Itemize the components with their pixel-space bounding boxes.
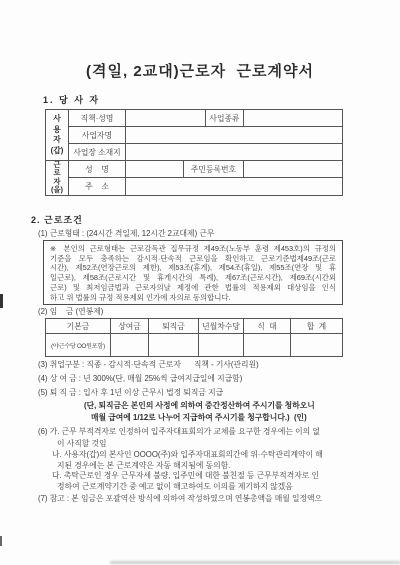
wage-base-note: (야근수당 OO원포함) (46, 334, 111, 357)
notice-box: ※ 본인의 근로형태는 근로감독관 집무규정 제49조(노동부 훈령 제453호… (43, 240, 343, 305)
notice-line: 하고 위 법률의 규정 적용제외 인가에 자의로 동의합니다. (50, 293, 336, 303)
wage-value-cell (199, 334, 244, 357)
table-row: 근 로 자 (을) 성 명 주민등록번호 (46, 161, 343, 178)
wage-header-meal: 식 대 (244, 319, 291, 334)
value-cell-resident-number (244, 161, 343, 178)
table-row: 사 용 자 (갑) 직책·성명 사업종류 (46, 110, 343, 127)
document-title: (격일, 2교대)근로자 근로계약서 (0, 60, 400, 81)
condition-item-6-da: 다. 촉탁근로인 경우 근무자세 불량, 입주민에 대한 불친절 등 근무부적격… (52, 470, 319, 481)
notice-line: ※ 본인의 근로형태는 근로감독관 집무규정 제49조(노동부 훈령 제453호… (50, 244, 336, 254)
wage-table-header-row: 기본금 상여금 퇴직금 년월차수당 식 대 합 계 (46, 319, 343, 334)
parties-table: 사 용 자 (갑) 직책·성명 사업종류 사업자명 사업장 소재지 근 로 자 … (45, 109, 343, 196)
wage-value-cell (149, 334, 199, 357)
table-row: 사업자명 (46, 127, 343, 144)
wage-header-total: 합 계 (291, 319, 343, 334)
condition-item-6-da-cont: 정하여 근로계약기간 중 예고 없이 해고하여도 이의를 제기하지 않겠음 (57, 481, 293, 492)
worker-party-label: 근 로 자 (을) (46, 161, 69, 196)
wage-table-value-row: (야근수당 OO원포함) (46, 334, 343, 357)
section-conditions-heading: 2. 근로조건 (31, 213, 83, 226)
condition-item-5: (5) 퇴 직 금 : 입사 후 1년 이상 근무시 법정 퇴직금 지급 (38, 387, 223, 398)
label-position-name: 직책·성명 (69, 110, 126, 127)
scan-bottom-artifact (110, 561, 400, 564)
wage-value-cell (291, 334, 343, 357)
wage-header-severance: 퇴직금 (149, 319, 199, 334)
value-cell-business-type (244, 110, 343, 127)
contract-document-page: (격일, 2교대)근로자 근로계약서 1. 당 사 자 사 용 자 (갑) 직책… (0, 0, 400, 565)
employer-label-line: (갑) (46, 146, 68, 157)
condition-item-5-note-line: 매월 급여에 1/12로 나누어 지급하여 주시기를 청구합니다.) (인) (91, 412, 307, 423)
wage-header-bonus: 상여금 (111, 319, 149, 334)
value-cell-business-name (126, 127, 343, 144)
condition-item-6-na: 나. 사용자(갑)의 본사인 OOOO(주)와 입주자대표회의간에 위·수탁관리… (52, 449, 323, 460)
wage-value-cell (244, 334, 291, 357)
worker-label-line: (을) (46, 186, 68, 194)
table-row: 사업장 소재지 (46, 144, 343, 161)
wage-header-base: 기본금 (46, 319, 111, 334)
wage-value-cell (111, 334, 149, 357)
condition-item-5-note-line: (단, 퇴직금은 본인의 사정에 의하여 중간정산하여 주시기를 청하오니 (84, 400, 315, 411)
condition-item-6-ga-cont: 이 사직할 것임 (57, 438, 107, 449)
value-cell-worker-address (126, 178, 343, 195)
scan-edge-artifact (0, 294, 3, 308)
condition-item-3: (3) 취업구분 : 직종 - 감시적·단속적 근로자 직책 - 기사(관리원) (38, 359, 259, 370)
employer-party-label: 사 용 자 (갑) (46, 110, 69, 161)
label-resident-number: 주민등록번호 (184, 161, 244, 178)
scan-edge-artifact (0, 536, 2, 546)
label-worker-address: 주 소 (69, 178, 126, 195)
value-cell-workplace-address (126, 144, 343, 161)
condition-item-2: (2) 임 금 (연봉제) (38, 306, 103, 317)
condition-item-4: (4) 상 여 금 : 년 300%(단, 매월 25%씩 급여지급일에 지급함… (38, 373, 242, 384)
notice-line: 기준을 모두 충족하는 감시적·단속적 근로임을 확인하고 근로기준법제49조(… (50, 254, 336, 264)
condition-item-6-ga: (6) 가. 근무 부적격자로 인정하여 입주자대표회의가 교체를 요구한 경우… (38, 426, 320, 437)
label-workplace-address: 사업장 소재지 (69, 144, 126, 161)
table-row: 주 소 (46, 178, 343, 195)
notice-line: 시간), 제52조(연장근로의 제한), 제53조(휴게), 제54조(휴일),… (50, 263, 336, 273)
condition-item-1: (1) 근로형태 : (24시간 격일제, 12시간 2교대제) 근무 (38, 228, 214, 239)
wage-table: 기본금 상여금 퇴직금 년월차수당 식 대 합 계 (야근수당 OO원포함) (45, 318, 343, 357)
employer-label-line: 용 (46, 125, 68, 136)
label-business-name: 사업자명 (69, 127, 126, 144)
label-business-type: 사업종류 (206, 110, 244, 127)
employer-label-line: 사 (46, 114, 68, 125)
condition-item-7: (7) 참고 : 본 임금은 포괄역산 방식에 의하여 작성하였으며 연봉총액을… (38, 493, 322, 504)
notice-line: 일근로), 제58조(근로시간 및 휴게시간의 특례), 제67조(근로시간),… (50, 273, 336, 283)
employer-label-line: 자 (46, 135, 68, 146)
value-cell-position-name (126, 110, 206, 127)
wage-header-leave-allowance: 년월차수당 (199, 319, 244, 334)
notice-line: 근로) 및 최저임금법과 근로자의날 제정에 관한 법률의 적용제외 대상임을 … (50, 283, 336, 293)
label-worker-name: 성 명 (69, 161, 126, 178)
value-cell-worker-name (126, 161, 184, 178)
section-parties-heading: 1. 당 사 자 (43, 93, 100, 106)
